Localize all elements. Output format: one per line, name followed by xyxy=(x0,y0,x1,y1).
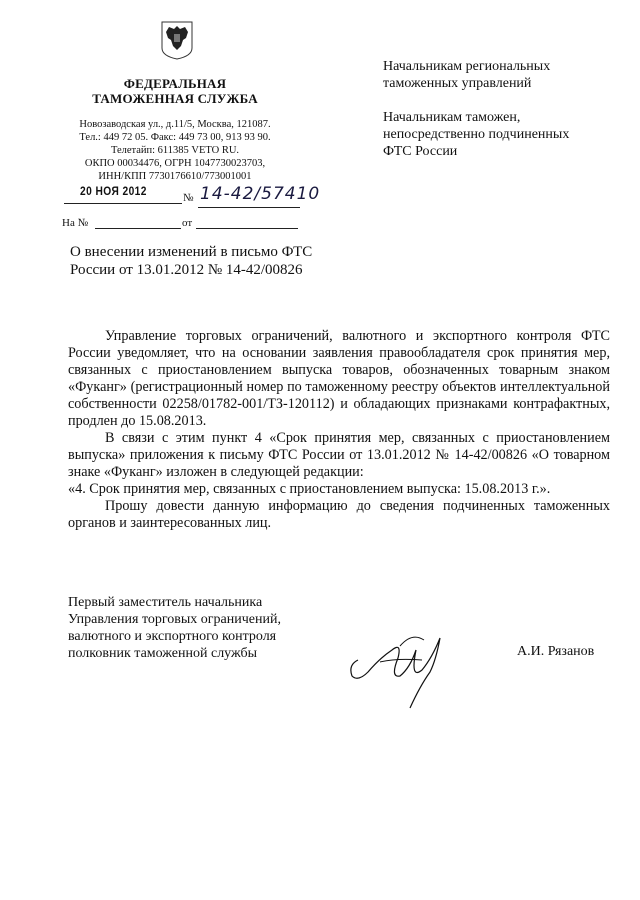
recipient-2-line1: Начальникам таможен, xyxy=(383,110,520,125)
recipient-1-line1: Начальникам региональных xyxy=(383,59,550,74)
recipient-2: Начальникам таможен, непосредственно под… xyxy=(383,109,623,160)
signer-title: Первый заместитель начальника Управления… xyxy=(68,594,328,662)
reference-date-underline xyxy=(196,228,298,229)
org-name-line1: ФЕДЕРАЛЬНАЯ xyxy=(60,76,290,91)
reference-date-label: от xyxy=(182,217,192,229)
handwritten-signature-icon xyxy=(340,620,470,710)
body-paragraph-1: Управление торговых ограничений, валютно… xyxy=(68,328,610,430)
org-name-line2: ТАМОЖЕННАЯ СЛУЖБА xyxy=(60,91,290,106)
number-underline xyxy=(198,207,300,208)
organization-details: Новозаводская ул., д.11/5, Москва, 12108… xyxy=(60,118,290,183)
okpo-ogrn-line: ОКПО 00034476, ОГРН 1047730023703, xyxy=(60,157,290,170)
organization-name: ФЕДЕРАЛЬНАЯ ТАМОЖЕННАЯ СЛУЖБА xyxy=(60,76,290,106)
recipient-1: Начальникам региональных таможенных упра… xyxy=(383,58,623,92)
recipient-2-line2: непосредственно подчиненных xyxy=(383,127,569,142)
body-quote: «4. Срок принятия мер, связанных с приос… xyxy=(68,481,610,498)
teletype-line: Телетайп: 611385 VETO RU. xyxy=(60,144,290,157)
body-paragraph-2: В связи с этим пункт 4 «Срок принятия ме… xyxy=(68,430,610,481)
inn-kpp-line: ИНН/КПП 7730176610/773001001 xyxy=(60,170,290,183)
registration-date-stamp: 20 НОЯ 2012 xyxy=(80,184,147,198)
recipient-2-line3: ФТС России xyxy=(383,144,457,159)
signer-line2: Управления торговых ограничений, xyxy=(68,611,328,628)
signer-line4: полковник таможенной службы xyxy=(68,645,328,662)
address-line: Новозаводская ул., д.11/5, Москва, 12108… xyxy=(60,118,290,131)
letter-subject: О внесении изменений в письмо ФТС России… xyxy=(70,243,340,279)
coat-of-arms-icon xyxy=(160,20,194,60)
signer-line1: Первый заместитель начальника xyxy=(68,594,328,611)
subject-line1: О внесении изменений в письмо ФТС xyxy=(70,243,340,261)
recipients-block: Начальникам региональных таможенных упра… xyxy=(383,58,623,177)
registration-number: 14-42/57410 xyxy=(200,184,320,204)
letter-body: Управление торговых ограничений, валютно… xyxy=(68,328,610,532)
recipient-1-line2: таможенных управлений xyxy=(383,76,531,91)
body-paragraph-4: Прошу довести данную информацию до сведе… xyxy=(68,498,610,532)
reference-number-label: На № xyxy=(62,217,88,229)
phone-fax-line: Тел.: 449 72 05. Факс: 449 73 00, 913 93… xyxy=(60,131,290,144)
number-label: № xyxy=(183,192,194,204)
signer-name: А.И. Рязанов xyxy=(517,644,594,660)
signer-line3: валютного и экспортного контроля xyxy=(68,628,328,645)
subject-line2: России от 13.01.2012 № 14-42/00826 xyxy=(70,261,340,279)
reference-number-underline xyxy=(95,228,181,229)
date-underline xyxy=(64,203,182,204)
